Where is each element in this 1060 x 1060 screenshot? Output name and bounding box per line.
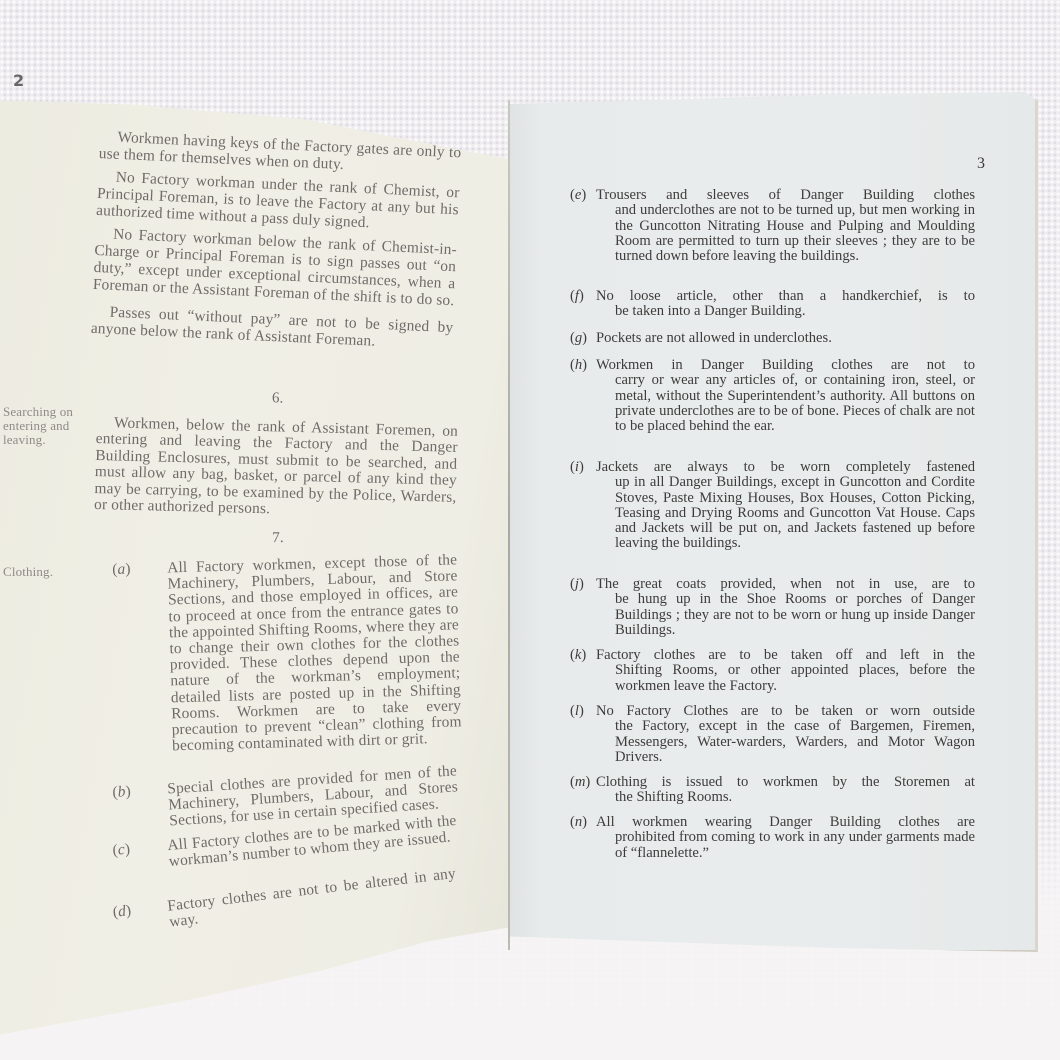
clause-k-marker: (k)	[570, 648, 586, 663]
clause-g-marker: (g)	[570, 331, 587, 346]
clause-f: (f) No loose article, other than a handk…	[570, 289, 975, 320]
clause-m-marker: (m)	[570, 775, 590, 790]
clause-n-marker: (n)	[570, 815, 587, 830]
clause-m: (m) Clothing is issued to workmen by the…	[570, 775, 975, 806]
clause-f-marker: (f)	[570, 289, 584, 304]
clause-h: (h) Workmen in Danger Building clothes a…	[570, 358, 975, 434]
clause-j-marker: (j)	[570, 577, 584, 592]
right-page-content: 3 (e) Trousers and sleeves of Danger Bui…	[0, 0, 1060, 1060]
clause-e-marker: (e)	[570, 188, 586, 203]
clause-n: (n) All workmen wearing Danger Building …	[570, 815, 975, 861]
clause-l-marker: (l)	[570, 704, 584, 719]
clause-i-marker: (i)	[570, 460, 584, 475]
clause-j: (j) The great coats provided, when not i…	[570, 577, 975, 638]
page-number-right: 3	[977, 155, 985, 173]
clause-i: (i) Jackets are always to be worn comple…	[570, 460, 975, 552]
clause-k: (k) Factory clothes are to be taken off …	[570, 648, 975, 694]
clause-e: (e) Trousers and sleeves of Danger Build…	[570, 188, 975, 264]
clause-h-marker: (h)	[570, 358, 587, 373]
clause-g: (g) Pockets are not allowed in underclot…	[570, 331, 975, 346]
clause-l: (l) No Factory Clothes are to be taken o…	[570, 704, 975, 765]
